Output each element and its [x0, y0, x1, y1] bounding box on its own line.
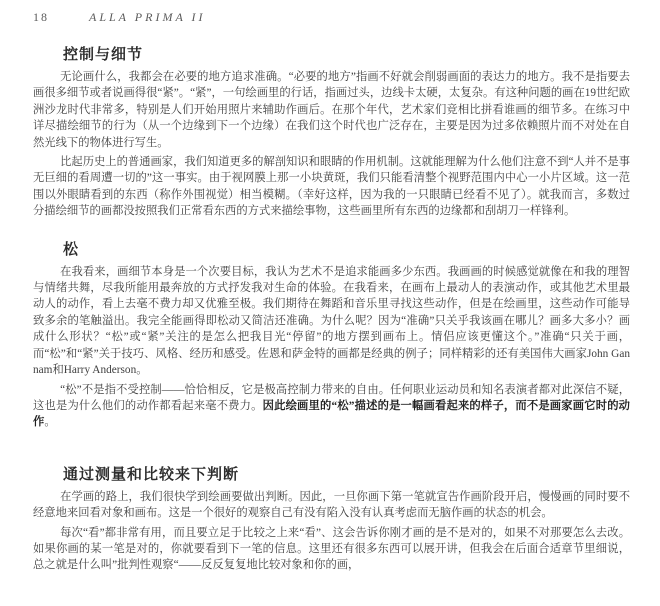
body-text: 在我看来，画细节本身是一个次要目标，我认为艺术不是追求能画多少东西。我画画的时候…	[33, 266, 630, 376]
book-page: 18 ALLA PRIMA II 控制与细节无论画什么，我都会在必要的地方追求准…	[0, 0, 660, 606]
paragraph: 比起历史上的普通画家，我们知道更多的解剖知识和眼睛的作用机制。这就能理解为什么他…	[33, 154, 630, 220]
section-heading: 松	[63, 240, 630, 260]
section-heading: 控制与细节	[63, 45, 630, 65]
body-text: 每次“看”都非常有用，而且要立足于比较之上来“看”、这会告诉你刚才画的是不是对的…	[33, 527, 630, 572]
paragraph: 每次“看”都非常有用，而且要立足于比较之上来“看”、这会告诉你刚才画的是不是对的…	[33, 525, 630, 574]
paragraph: 无论画什么，我都会在必要的地方追求准确。“必要的地方”指画不好就会削弱画面的表达…	[33, 69, 630, 151]
paragraph: 在学画的路上，我们很快学到绘画要做出判断。因此，一旦你画下第一笔就宣告作画阶段开…	[33, 489, 630, 522]
body-text: 在学画的路上，我们很快学到绘画要做出判断。因此，一旦你画下第一笔就宣告作画阶段开…	[33, 491, 630, 519]
body-text: 比起历史上的普通画家，我们知道更多的解剖知识和眼睛的作用机制。这就能理解为什么他…	[33, 156, 630, 217]
page-header: 18 ALLA PRIMA II	[33, 10, 630, 25]
running-title: ALLA PRIMA II	[89, 10, 206, 25]
page-body: 控制与细节无论画什么，我都会在必要的地方追求准确。“必要的地方”指画不好就会削弱…	[33, 45, 630, 574]
body-text: 无论画什么，我都会在必要的地方追求准确。“必要的地方”指画不好就会削弱画面的表达…	[33, 71, 630, 149]
page-number: 18	[33, 10, 49, 25]
section-heading: 通过测量和比较来下判断	[63, 465, 630, 485]
body-text: 。	[44, 416, 55, 428]
paragraph: “松”不是指不受控制——恰恰相反，它是极高控制力带来的自由。任何职业运动员和知名…	[33, 382, 630, 431]
paragraph: 在我看来，画细节本身是一个次要目标，我认为艺术不是追求能画多少东西。我画画的时候…	[33, 264, 630, 379]
